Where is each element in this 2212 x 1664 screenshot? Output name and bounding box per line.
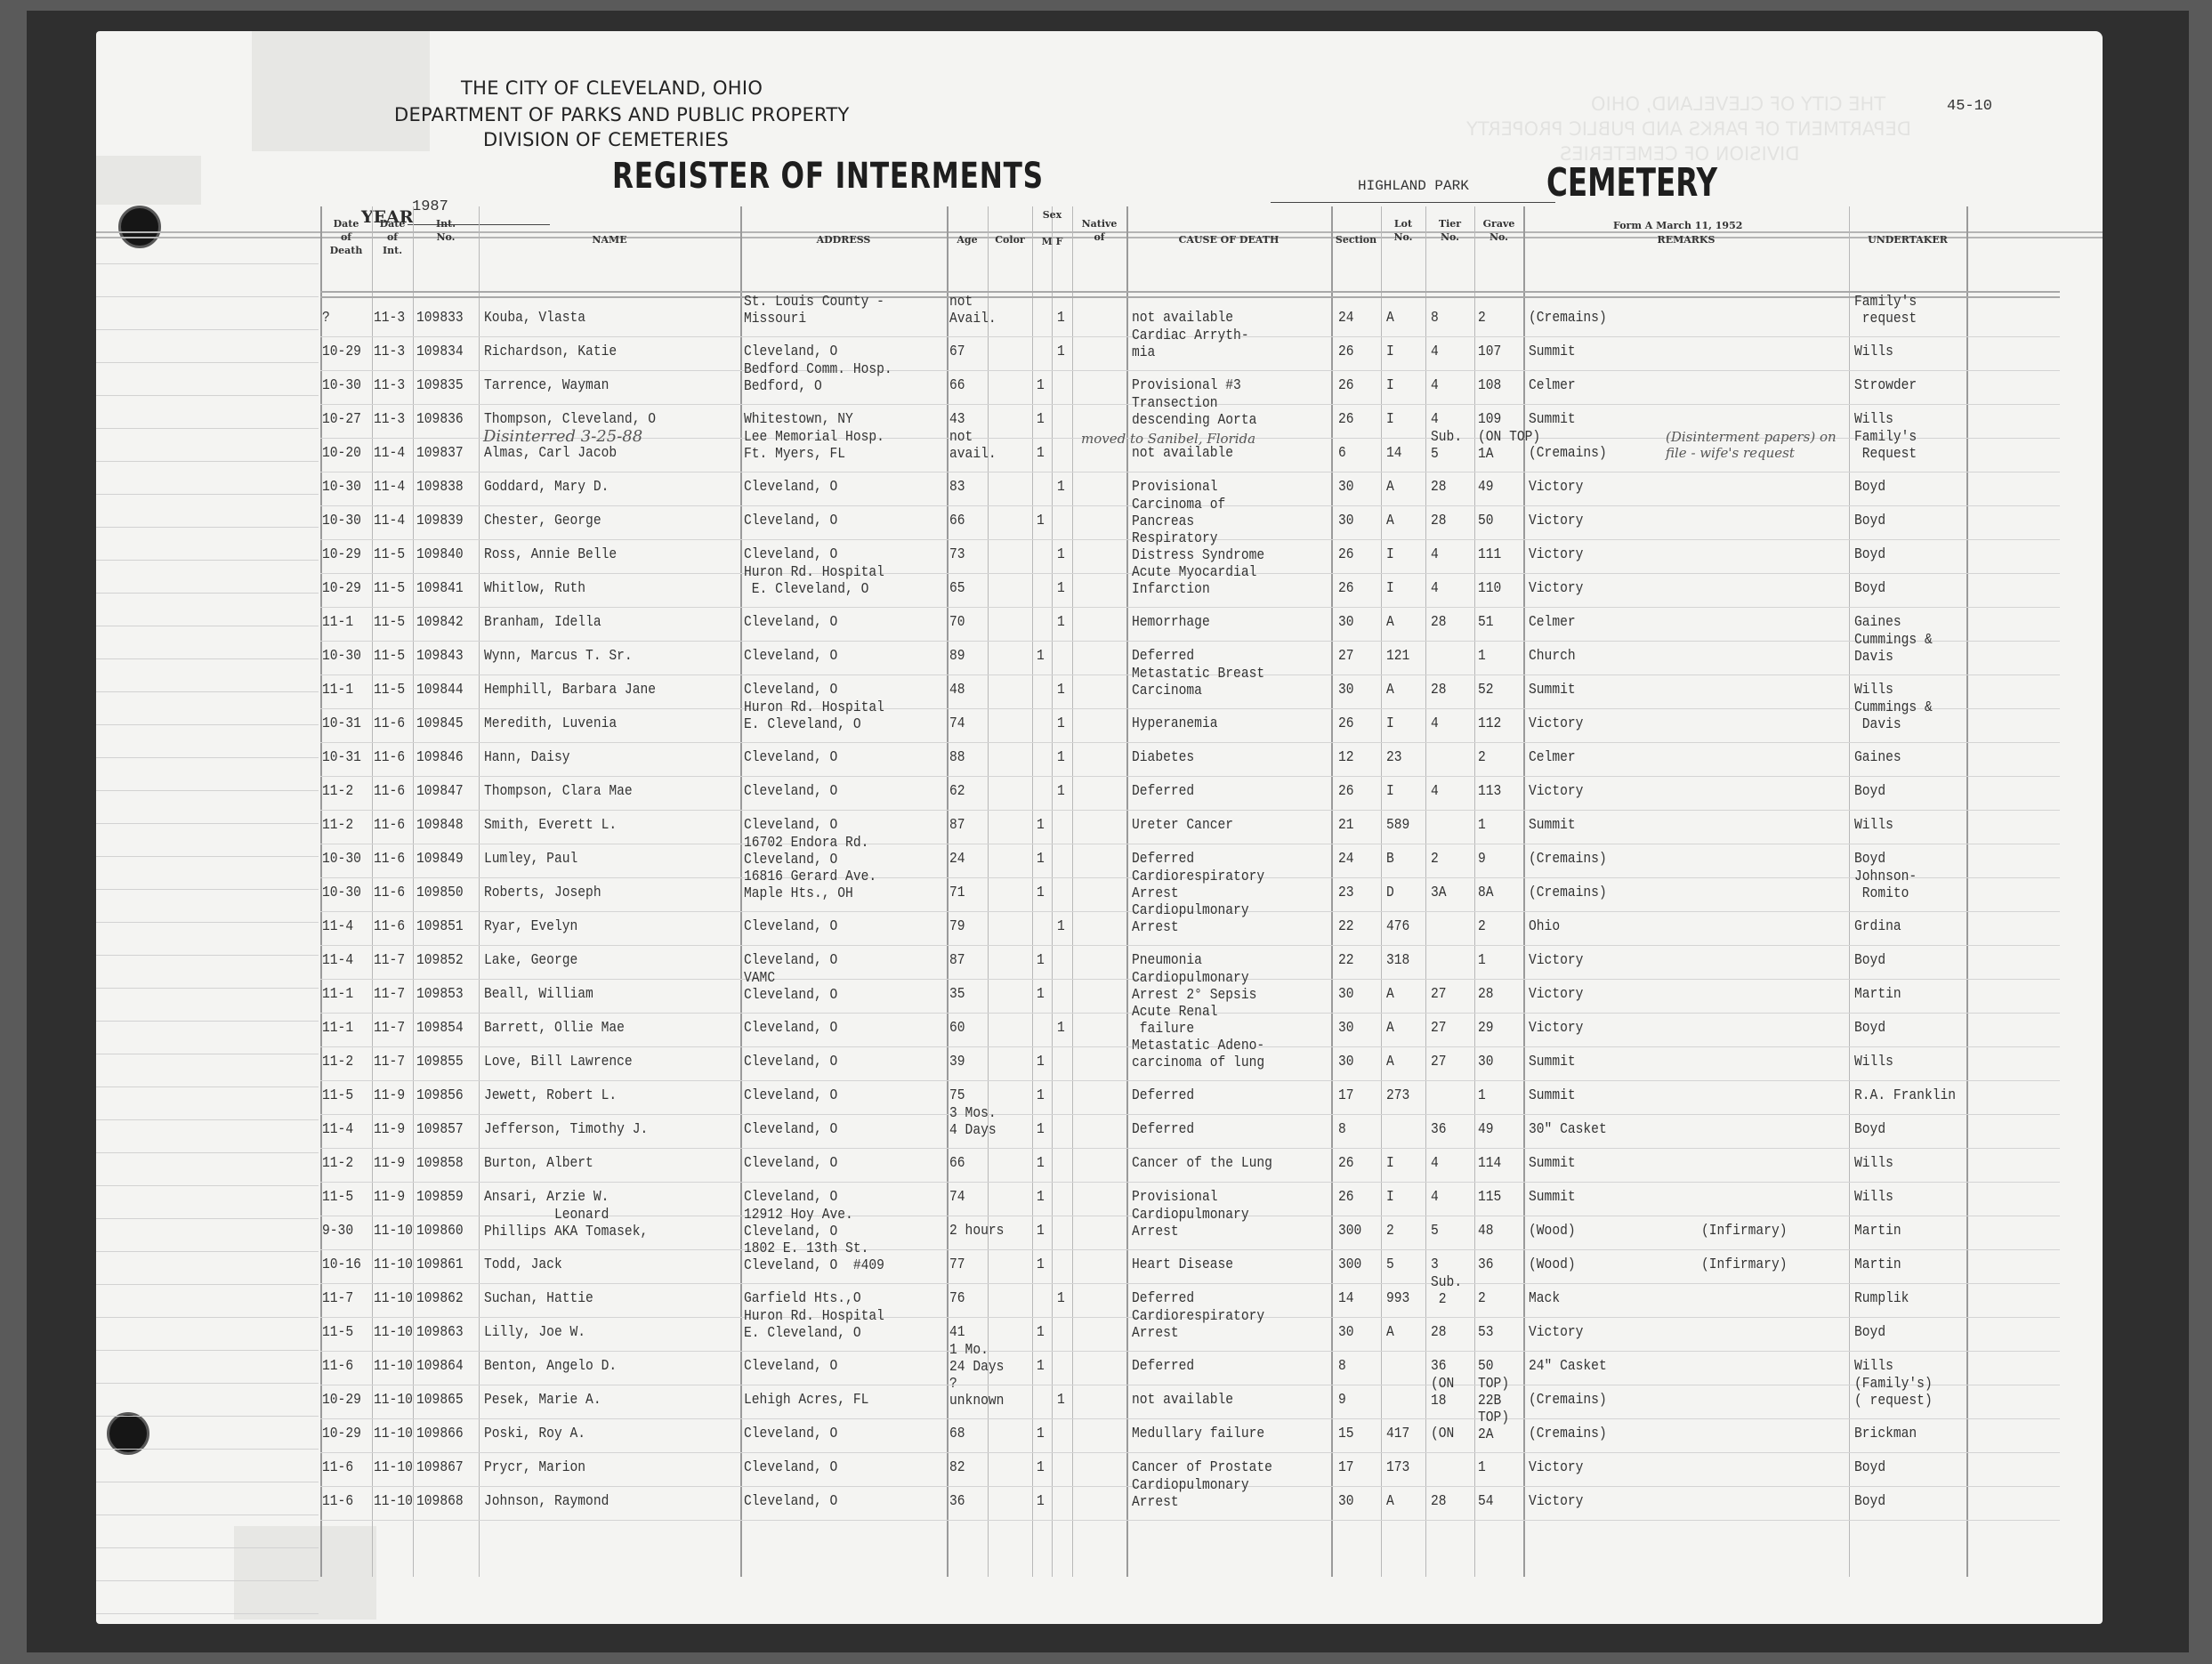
remarks: Summit — [1529, 1155, 1576, 1172]
sex-male: 1 — [1037, 1358, 1045, 1375]
remarks: Celmer — [1529, 377, 1576, 394]
date-of-death: 11-2 — [322, 783, 353, 800]
age: 89 — [949, 648, 965, 665]
date-of-death: 11-4 — [322, 918, 353, 935]
column-divider — [740, 206, 742, 1577]
tier-number: 4 — [1431, 377, 1439, 394]
age: 70 — [949, 614, 965, 631]
interment-number: 109864 — [416, 1358, 464, 1375]
address: Cleveland, O — [744, 1189, 837, 1206]
decedent-name: Thompson, Cleveland, O — [484, 411, 656, 428]
undertaker: Wills — [1854, 817, 1893, 834]
address: Cleveland, O — [744, 1087, 837, 1104]
row-divider — [320, 1520, 2060, 1521]
sex-female: 1 — [1057, 783, 1065, 800]
sex-female: 1 — [1057, 749, 1065, 766]
lot-number: A — [1386, 986, 1394, 1003]
remarks: (Cremains) — [1529, 1426, 1607, 1442]
date-of-death: 11-6 — [322, 1459, 353, 1476]
age: 39 — [949, 1054, 965, 1070]
decedent-name: Jewett, Robert L. — [484, 1087, 617, 1104]
date-of-death: 11-1 — [322, 986, 353, 1003]
undertaker: Cummings & Davis — [1854, 632, 1933, 666]
decedent-name: Benton, Angelo D. — [484, 1358, 617, 1375]
section: 26 — [1338, 343, 1354, 360]
sex-male: 1 — [1037, 986, 1045, 1003]
decedent-name: Meredith, Luvenia — [484, 715, 617, 732]
undertaker: Johnson- Romito — [1854, 868, 1917, 902]
sex-male: 1 — [1037, 411, 1045, 428]
decedent-name: Smith, Everett L. — [484, 817, 617, 834]
date-of-interment: 11-10 — [374, 1290, 413, 1307]
column-header-color: Color — [988, 233, 1032, 246]
undertaker: Boyd — [1854, 580, 1885, 597]
interment-number: 109854 — [416, 1020, 464, 1037]
interment-number: 109833 — [416, 310, 464, 327]
age: 35 — [949, 986, 965, 1003]
cause-of-death: Deferred — [1132, 648, 1194, 665]
column-divider — [479, 206, 480, 1577]
sex-female: 1 — [1057, 580, 1065, 597]
cause-of-death: Cardiopulmonary Arrest — [1132, 902, 1249, 936]
interment-number: 109837 — [416, 445, 464, 462]
column-header-cause: CAUSE OF DEATH — [1126, 233, 1331, 246]
tape-strip — [252, 31, 430, 151]
address: Huron Rd. Hospital E. Cleveland, O — [744, 564, 884, 598]
sex-female: 1 — [1057, 546, 1065, 563]
date-of-interment: 11-10 — [374, 1459, 413, 1476]
remarks: Mack — [1529, 1290, 1560, 1307]
sex-female: 1 — [1057, 1290, 1065, 1307]
sex-male: 1 — [1037, 1054, 1045, 1070]
tier-number: 4 — [1431, 783, 1439, 800]
date-of-interment: 11-7 — [374, 1054, 405, 1070]
decedent-name: Hann, Daisy — [484, 749, 570, 766]
cemetery-label: CEMETERY — [1546, 160, 1717, 206]
column-header-address: ADDRESS — [740, 233, 947, 246]
date-of-interment: 11-10 — [374, 1324, 413, 1341]
interment-number: 109844 — [416, 682, 464, 699]
lot-number: 14 — [1386, 445, 1402, 462]
address: Cleveland, O — [744, 614, 837, 631]
interment-number: 109866 — [416, 1426, 464, 1442]
address: Whitestown, NY — [744, 411, 853, 428]
age: 62 — [949, 783, 965, 800]
remarks: Church — [1529, 648, 1576, 665]
age: 36 — [949, 1493, 965, 1510]
cause-of-death: Provisional — [1132, 1189, 1218, 1206]
remarks: Victory — [1529, 513, 1583, 529]
cause-of-death: Hyperanemia — [1132, 715, 1218, 732]
row-divider — [320, 1249, 2060, 1250]
lot-number: D — [1386, 885, 1394, 901]
decedent-name: Leonard Phillips AKA Tomasek, — [484, 1207, 648, 1240]
interment-number: 109853 — [416, 986, 464, 1003]
age: not Avail. — [949, 294, 997, 327]
age: ? unknown — [949, 1376, 1004, 1410]
grave-number: 48 — [1478, 1223, 1494, 1240]
remarks: 30" Casket — [1529, 1121, 1607, 1138]
sex-male: 1 — [1037, 1256, 1045, 1273]
date-of-death: 10-30 — [322, 479, 361, 496]
interment-number: 109843 — [416, 648, 464, 665]
date-of-death: 11-6 — [322, 1493, 353, 1510]
column-header-native-of: Native of — [1072, 217, 1126, 244]
address: Cleveland, O — [744, 1155, 837, 1172]
grave-number: TOP) 2A — [1478, 1410, 1509, 1443]
grave-number: 36 — [1478, 1256, 1494, 1273]
column-header-name: NAME — [479, 233, 740, 246]
decedent-name: Barrett, Ollie Mae — [484, 1020, 625, 1037]
decedent-name: Ansari, Arzie W. — [484, 1189, 609, 1206]
interment-number: 109862 — [416, 1290, 464, 1307]
cause-of-death: Cardiopulmonary Arrest — [1132, 1477, 1249, 1511]
row-divider — [320, 742, 2060, 743]
column-divider — [947, 206, 949, 1577]
sex-female: 1 — [1057, 343, 1065, 360]
interment-number: 109852 — [416, 952, 464, 969]
section: 26 — [1338, 1189, 1354, 1206]
sex-male: 1 — [1037, 1459, 1045, 1476]
sex-male: 1 — [1037, 377, 1045, 394]
column-header-date-of-death: Date of Death — [320, 217, 372, 257]
address: Cleveland, O — [744, 1493, 837, 1510]
age: 76 — [949, 1290, 965, 1307]
age: 68 — [949, 1426, 965, 1442]
decedent-name: Burton, Albert — [484, 1155, 593, 1172]
row-divider — [320, 844, 2060, 844]
sex-male: 1 — [1037, 648, 1045, 665]
tier-number: 4 — [1431, 715, 1439, 732]
date-of-death: 10-29 — [322, 1426, 361, 1442]
date-of-death: 11-2 — [322, 1155, 353, 1172]
address: Lee Memorial Hosp. Ft. Myers, FL — [744, 429, 884, 463]
section: 30 — [1338, 513, 1354, 529]
date-of-death: 10-27 — [322, 411, 361, 428]
cause-of-death: Deferred — [1132, 1087, 1194, 1104]
undertaker: Martin — [1854, 1223, 1901, 1240]
decedent-name: Beall, William — [484, 986, 593, 1003]
address: Cleveland, O — [744, 749, 837, 766]
remarks: (Cremains) — [1529, 851, 1607, 868]
lot-number: A — [1386, 1493, 1394, 1510]
date-of-death: 10-16 — [322, 1256, 361, 1273]
lot-number: 417 — [1386, 1426, 1409, 1442]
cause-of-death: Metastatic Adeno- carcinoma of lung — [1132, 1038, 1264, 1071]
grave-number: 50 — [1478, 1358, 1494, 1375]
section: 17 — [1338, 1087, 1354, 1104]
register-title: REGISTER OF INTERMENTS — [612, 156, 1044, 197]
interment-number: 109842 — [416, 614, 464, 631]
age: 66 — [949, 513, 965, 529]
handwritten-remarks-note: (Disinterment papers) on file - wife's r… — [1666, 429, 1844, 461]
date-of-death: 10-30 — [322, 513, 361, 529]
grave-number: 29 — [1478, 1020, 1494, 1037]
cause-of-death: Cancer of the Lung — [1132, 1155, 1272, 1172]
date-of-interment: 11-9 — [374, 1189, 405, 1206]
date-of-interment: 11-9 — [374, 1155, 405, 1172]
address: Cleveland, O — [744, 546, 837, 563]
tape-strip — [96, 156, 201, 205]
grave-number: 1 — [1478, 1087, 1486, 1104]
address: Cleveland, O — [744, 1020, 837, 1037]
tier-number: 28 — [1431, 682, 1447, 699]
section: 30 — [1338, 1020, 1354, 1037]
date-of-interment: 11-3 — [374, 411, 405, 428]
date-of-interment: 11-10 — [374, 1223, 413, 1240]
grave-number: 50 — [1478, 513, 1494, 529]
section: 30 — [1338, 682, 1354, 699]
decedent-name: Wynn, Marcus T. Sr. — [484, 648, 633, 665]
lot-number: 589 — [1386, 817, 1409, 834]
address: Cleveland, O — [744, 783, 837, 800]
date-of-death: 10-31 — [322, 749, 361, 766]
tier-number: 5 — [1431, 1223, 1439, 1240]
undertaker: Boyd — [1854, 1493, 1885, 1510]
section: 9 — [1338, 1392, 1346, 1409]
date-of-death: 11-2 — [322, 817, 353, 834]
header-row-divider — [320, 291, 2060, 298]
date-of-death: 10-29 — [322, 580, 361, 597]
row-divider — [320, 641, 2060, 642]
decedent-name: Lumley, Paul — [484, 851, 577, 868]
remarks: Ohio — [1529, 918, 1560, 935]
date-of-death: ? — [322, 310, 330, 327]
age: 2 hours — [949, 1223, 1004, 1240]
address: Cleveland, O — [744, 817, 837, 834]
column-header-remarks: REMARKS — [1523, 233, 1849, 246]
interment-number: 109848 — [416, 817, 464, 834]
cause-of-death: Cardiopulmonary Arrest 2° Sepsis — [1132, 970, 1256, 1004]
lot-number: 318 — [1386, 952, 1409, 969]
age: 3 Mos. 4 Days — [949, 1105, 997, 1139]
age: 74 — [949, 1189, 965, 1206]
grave-number: 107 — [1478, 343, 1501, 360]
address: Cleveland, O — [744, 343, 837, 360]
remarks: (Cremains) — [1529, 1392, 1607, 1409]
undertaker: Brickman — [1854, 1426, 1917, 1442]
remarks: (Cremains) — [1529, 310, 1607, 327]
decedent-name: Love, Bill Lawrence — [484, 1054, 633, 1070]
sex-male: 1 — [1037, 1155, 1045, 1172]
age: 24 — [949, 851, 965, 868]
decedent-name: Suchan, Hattie — [484, 1290, 593, 1307]
lot-number: A — [1386, 614, 1394, 631]
date-of-interment: 11-4 — [374, 513, 405, 529]
undertaker: Boyd — [1854, 1121, 1885, 1138]
grave-number: 113 — [1478, 783, 1501, 800]
bleed-through-text: DIVISION OF CEMETERIES — [1560, 143, 1799, 165]
address: 12912 Hoy Ave. Cleveland, O — [744, 1207, 853, 1240]
page-number: 45-10 — [1947, 98, 1992, 115]
section: 30 — [1338, 1054, 1354, 1070]
row-divider — [320, 1283, 2060, 1284]
cause-of-death: Deferred — [1132, 1121, 1194, 1138]
section: 8 — [1338, 1358, 1346, 1375]
lot-number: I — [1386, 715, 1394, 732]
sex-male: 1 — [1037, 1493, 1045, 1510]
address: Garfield Hts.,O — [744, 1290, 861, 1307]
address: Cleveland, O — [744, 479, 837, 496]
grave-number: 108 — [1478, 377, 1501, 394]
address: Cleveland, O — [744, 513, 837, 529]
column-divider — [413, 206, 414, 1577]
lot-number: 993 — [1386, 1290, 1409, 1307]
grave-number: 1 — [1478, 648, 1486, 665]
date-of-interment: 11-5 — [374, 580, 405, 597]
cause-of-death: Hemorrhage — [1132, 614, 1210, 631]
date-of-interment: 11-10 — [374, 1426, 413, 1442]
sex-male: 1 — [1037, 1087, 1045, 1104]
column-divider — [1849, 206, 1850, 1577]
grave-number: 54 — [1478, 1493, 1494, 1510]
sex-male: 1 — [1037, 1121, 1045, 1138]
cause-of-death: Provisional #3 — [1132, 377, 1241, 394]
interments-table: Date of DeathDate of Int.Int. No.NAMEADD… — [320, 206, 2060, 1577]
date-of-death: 11-2 — [322, 1054, 353, 1070]
date-of-interment: 11-5 — [374, 682, 405, 699]
interment-number: 109851 — [416, 918, 464, 935]
date-of-interment: 11-9 — [374, 1087, 405, 1104]
sex-female: 1 — [1057, 682, 1065, 699]
undertaker: Wills — [1854, 343, 1893, 360]
undertaker: Boyd — [1854, 513, 1885, 529]
bleed-through-text: THE CITY OF CLEVELAND, OHIO — [1591, 93, 1885, 115]
undertaker: Martin — [1854, 1256, 1901, 1273]
row-divider — [320, 1418, 2060, 1419]
date-of-interment: 11-3 — [374, 377, 405, 394]
row-divider — [320, 1148, 2060, 1149]
interment-number: 109857 — [416, 1121, 464, 1138]
decedent-name: Ross, Annie Belle — [484, 546, 617, 563]
interment-number: 109841 — [416, 580, 464, 597]
section: 22 — [1338, 952, 1354, 969]
sex-female: 1 — [1057, 310, 1065, 327]
age: 48 — [949, 682, 965, 699]
lot-number: 23 — [1386, 749, 1402, 766]
undertaker: Boyd — [1854, 1020, 1885, 1037]
date-of-interment: 11-4 — [374, 445, 405, 462]
interment-number: 109868 — [416, 1493, 464, 1510]
row-divider — [320, 1351, 2060, 1352]
row-divider — [320, 472, 2060, 473]
undertaker: Grdina — [1854, 918, 1901, 935]
tier-number: Sub. 5 — [1431, 429, 1462, 463]
cause-of-death: Cancer of Prostate — [1132, 1459, 1272, 1476]
handwritten-disinterment-note: Disinterred 3-25-88 — [483, 427, 642, 446]
date-of-death: 10-31 — [322, 715, 361, 732]
column-header-lot: Lot No. — [1381, 217, 1425, 244]
undertaker: Martin — [1854, 986, 1901, 1003]
age: 73 — [949, 546, 965, 563]
undertaker: Strowder — [1854, 377, 1917, 394]
column-header-section: Section — [1331, 233, 1381, 246]
interment-number: 109839 — [416, 513, 464, 529]
age: 87 — [949, 817, 965, 834]
handwritten-moved-note: moved to Sanibel, Florida — [1081, 431, 1255, 447]
row-divider — [320, 1385, 2060, 1385]
remarks: (Wood) — [1529, 1256, 1576, 1273]
date-of-interment: 11-6 — [374, 851, 405, 868]
date-of-interment: 11-6 — [374, 817, 405, 834]
address: Cleveland, O — [744, 1121, 837, 1138]
remarks: Victory — [1529, 546, 1583, 563]
cause-of-death: Cardiorespiratory Arrest — [1132, 1308, 1264, 1342]
header-division: DIVISION OF CEMETERIES — [483, 129, 729, 150]
sex-female: 1 — [1057, 1392, 1065, 1409]
cause-of-death: Acute Myocardial Infarction — [1132, 564, 1256, 598]
cause-of-death: Cardiopulmonary Arrest — [1132, 1207, 1249, 1240]
interment-number: 109847 — [416, 783, 464, 800]
row-divider — [320, 810, 2060, 811]
cause-of-death: Carcinoma of Pancreas — [1132, 497, 1225, 530]
cemetery-underline — [1271, 202, 1555, 203]
cause-of-death: Metastatic Breast Carcinoma — [1132, 666, 1264, 699]
date-of-interment: 11-9 — [374, 1121, 405, 1138]
tier-number: 27 — [1431, 986, 1447, 1003]
lot-number: A — [1386, 513, 1394, 529]
remarks: Summit — [1529, 1189, 1576, 1206]
age: 66 — [949, 1155, 965, 1172]
sex-male: 1 — [1037, 817, 1045, 834]
cause-of-death: Ureter Cancer — [1132, 817, 1233, 834]
lot-number: I — [1386, 580, 1394, 597]
cause-of-death: Provisional — [1132, 479, 1218, 496]
address: Lehigh Acres, FL — [744, 1392, 868, 1409]
sex-male: 1 — [1037, 952, 1045, 969]
date-of-death: 10-30 — [322, 648, 361, 665]
lot-number: A — [1386, 1324, 1394, 1341]
lot-number: A — [1386, 310, 1394, 327]
row-divider — [320, 607, 2060, 608]
row-divider — [320, 1452, 2060, 1453]
interment-number: 109846 — [416, 749, 464, 766]
grave-number: 109 — [1478, 411, 1501, 428]
bleed-through-text: DEPARTMENT OF PARKS AND PUBLIC PROPERTY — [1466, 118, 1911, 140]
grave-number: 8A — [1478, 885, 1494, 901]
sex-female: 1 — [1057, 715, 1065, 732]
interment-number: 109836 — [416, 411, 464, 428]
remarks: Victory — [1529, 1493, 1583, 1510]
interment-number: 109863 — [416, 1324, 464, 1341]
address: 16702 Endora Rd. Cleveland, O — [744, 835, 868, 868]
date-of-death: 11-4 — [322, 1121, 353, 1138]
header-department: DEPARTMENT OF PARKS AND PUBLIC PROPERTY — [394, 104, 850, 125]
undertaker: Wills — [1854, 1155, 1893, 1172]
column-divider — [372, 206, 373, 1577]
remarks: Victory — [1529, 986, 1583, 1003]
age: 65 — [949, 580, 965, 597]
date-of-interment: 11-4 — [374, 479, 405, 496]
undertaker: R.A. Franklin — [1854, 1087, 1956, 1104]
decedent-name: Tarrence, Wayman — [484, 377, 609, 394]
address: Cleveland, O — [744, 1459, 837, 1476]
interment-number: 109860 — [416, 1223, 464, 1240]
column-divider — [1425, 206, 1426, 1577]
age: 41 — [949, 1324, 965, 1341]
undertaker: Wills — [1854, 682, 1893, 699]
tier-number: 27 — [1431, 1020, 1447, 1037]
date-of-interment: 11-7 — [374, 952, 405, 969]
date-of-death: 10-29 — [322, 546, 361, 563]
column-divider — [1523, 206, 1525, 1577]
interment-number: 109867 — [416, 1459, 464, 1476]
date-of-death: 11-6 — [322, 1358, 353, 1375]
date-of-interment: 11-3 — [374, 343, 405, 360]
column-divider — [1052, 206, 1053, 1577]
column-header-date-of-int: Date of Int. — [372, 217, 413, 257]
date-of-death: 11-1 — [322, 614, 353, 631]
